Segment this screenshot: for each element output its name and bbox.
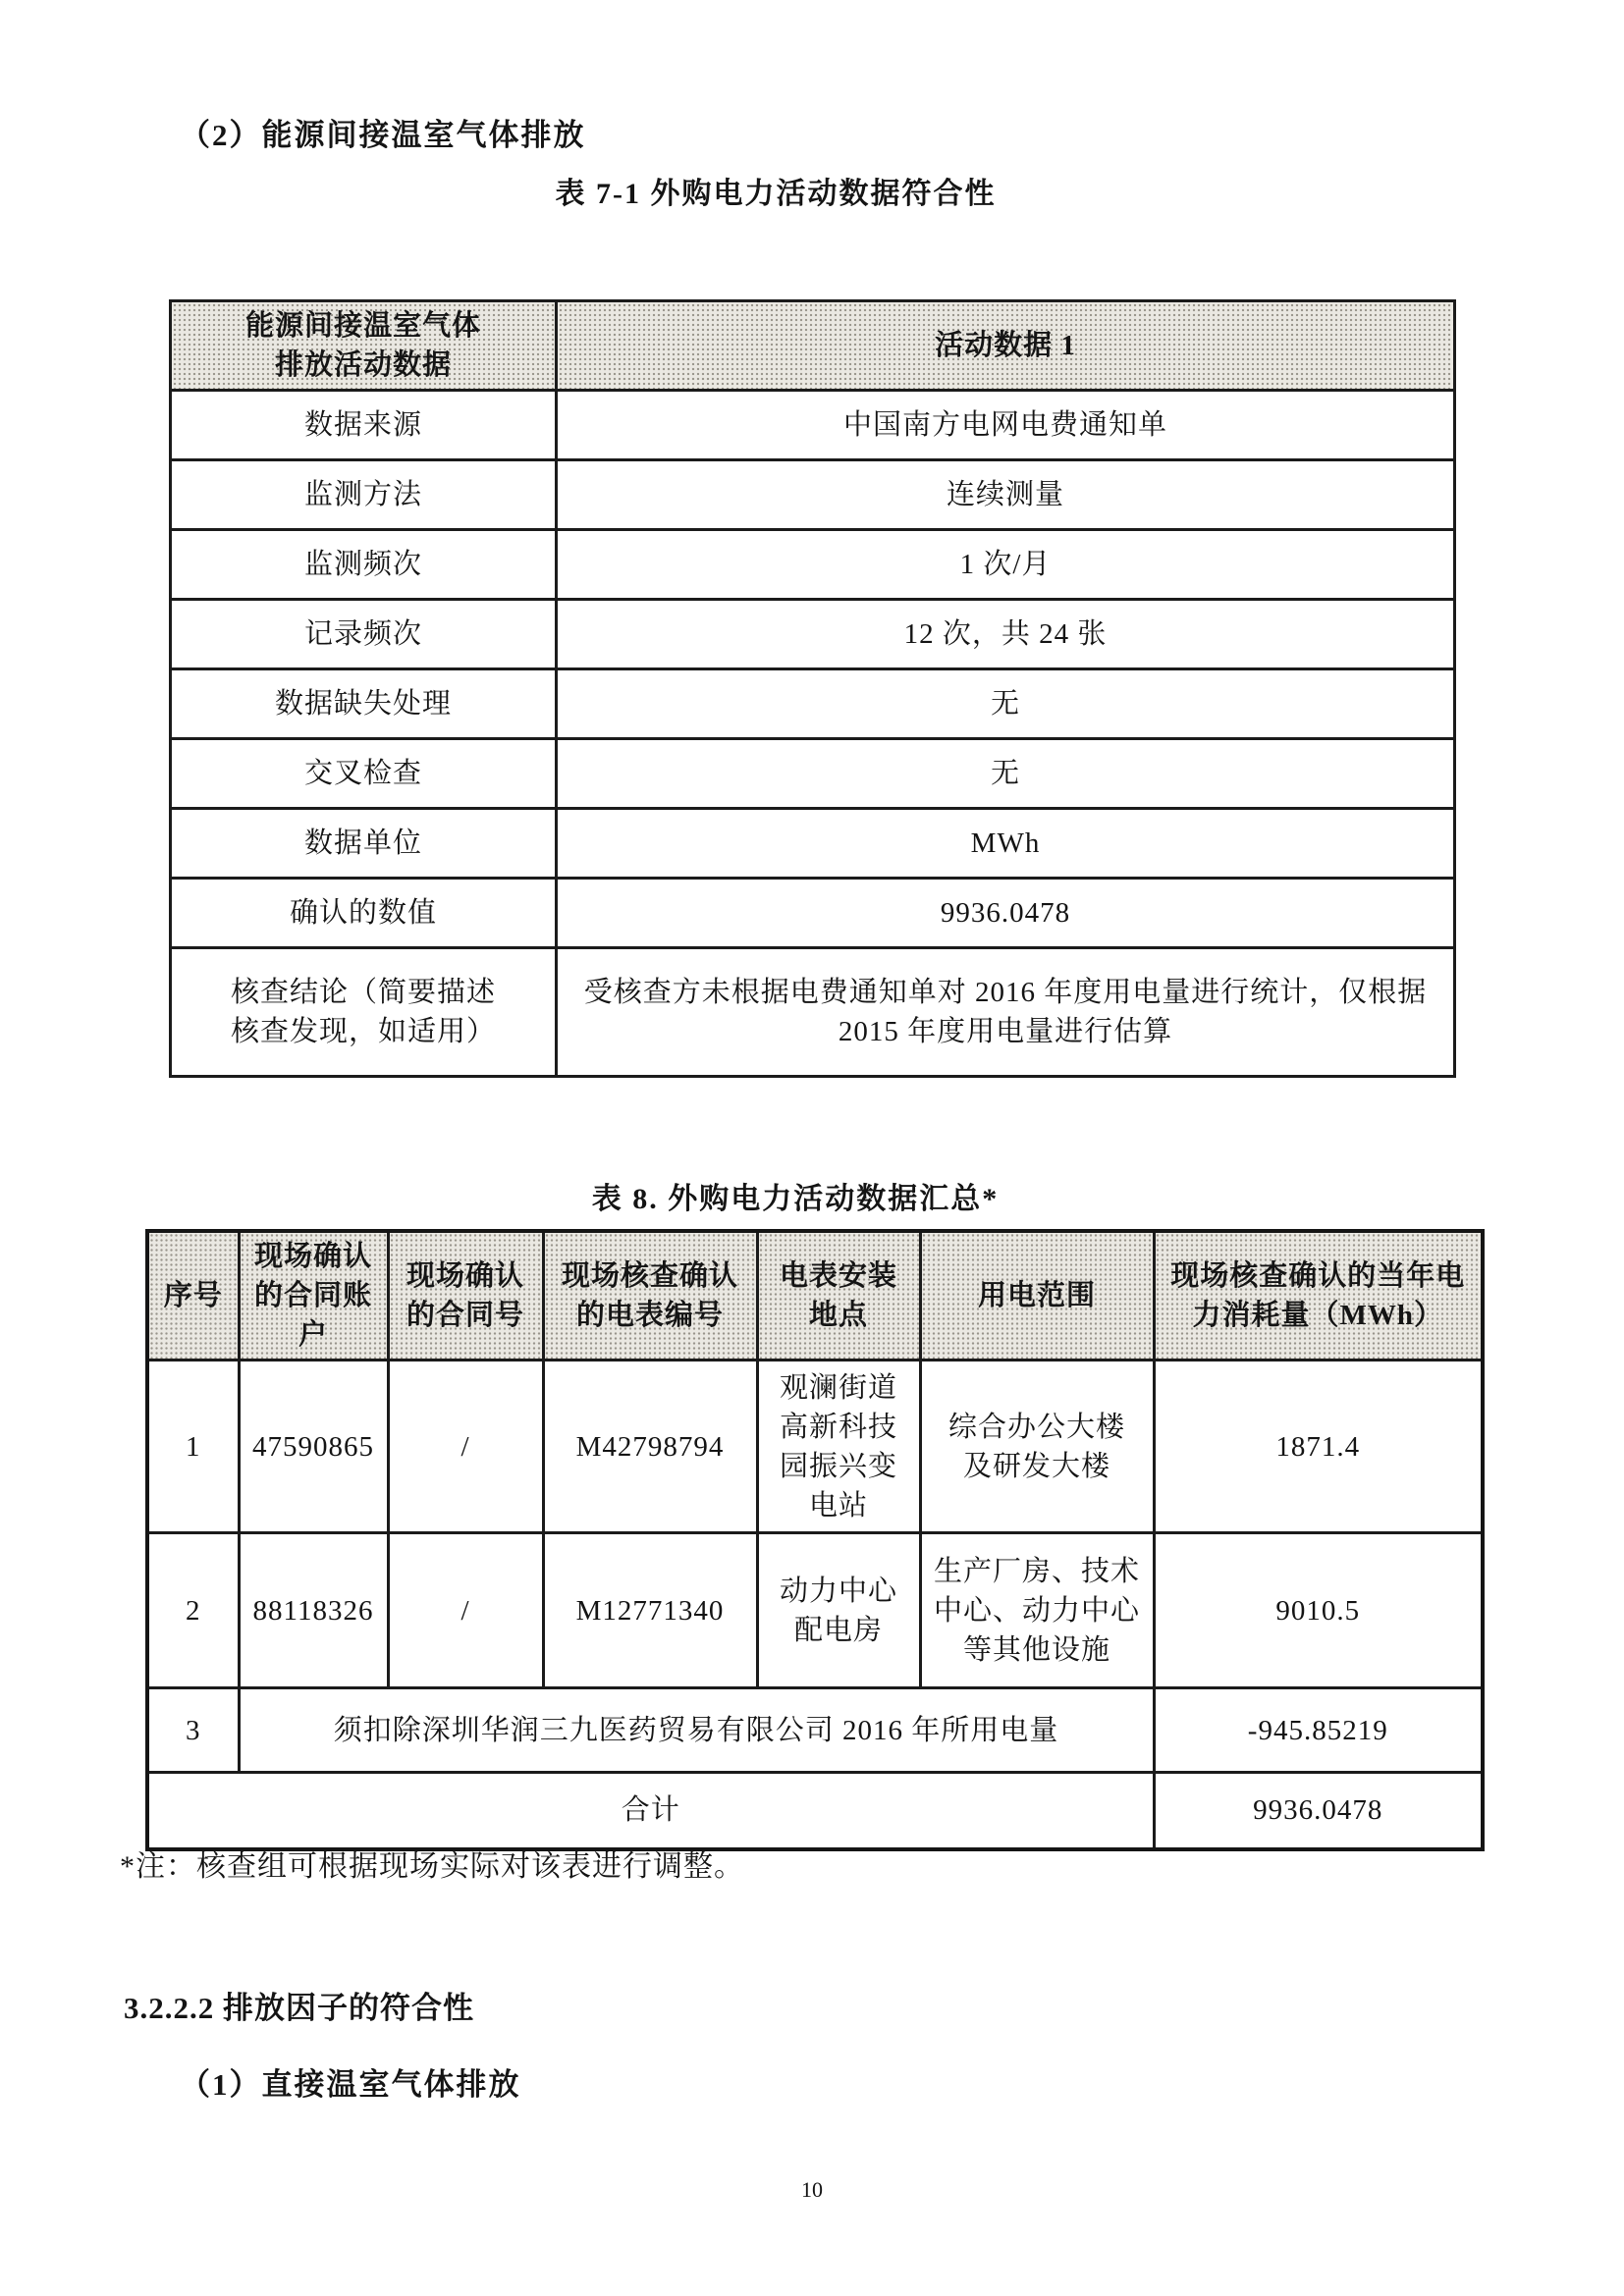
table7-row-monitoring-method: 监测方法 连续测量: [171, 460, 1455, 530]
table8-header-account: 现场确认的合同账户: [239, 1231, 388, 1361]
row-label: 数据来源: [171, 391, 557, 460]
cell-contract: /: [388, 1361, 543, 1533]
cell-location: 动力中心配电房: [757, 1533, 920, 1688]
conclusion-value: 受核查方未根据电费通知单对 2016 年度用电量进行统计，仅根据 2015 年度…: [557, 948, 1455, 1077]
row-value: MWh: [557, 809, 1455, 879]
table8-row-3: 3 须扣除深圳华润三九医药贸易有限公司 2016 年所用电量 -945.8521…: [147, 1688, 1483, 1773]
conclusion-label-line2: 核查发现，如适用）: [180, 1012, 547, 1051]
cell-seq: 1: [147, 1361, 239, 1533]
table8-header-mwh: 现场核查确认的当年电力消耗量（MWh）: [1154, 1231, 1483, 1361]
cell-mwh: -945.85219: [1154, 1688, 1483, 1773]
cell-location: 观澜街道高新科技园振兴变电站: [757, 1361, 920, 1533]
conclusion-value-line2: 2015 年度用电量进行估算: [566, 1012, 1445, 1051]
table7-row-cross-check: 交叉检查 无: [171, 739, 1455, 809]
cell-seq: 3: [147, 1688, 239, 1773]
table8-header-row: 序号 现场确认的合同账户 现场确认的合同号 现场核查确认的电表编号 电表安装地点…: [147, 1231, 1483, 1361]
cell-scope: 生产厂房、技术中心、动力中心等其他设施: [920, 1533, 1154, 1688]
conclusion-label: 核查结论（简要描述 核查发现，如适用）: [171, 948, 557, 1077]
section-3-2-2-2-heading: 3.2.2.2 排放因子的符合性: [124, 1983, 474, 2027]
table7-header-col1: 能源间接温室气体 排放活动数据: [171, 301, 557, 391]
total-value: 9936.0478: [1154, 1773, 1483, 1849]
table7-header-row: 能源间接温室气体 排放活动数据 活动数据 1: [171, 301, 1455, 391]
table7-header-col2: 活动数据 1: [557, 301, 1455, 391]
page-number: 10: [0, 2177, 1624, 2203]
row-value: 中国南方电网电费通知单: [557, 391, 1455, 460]
row-value: 连续测量: [557, 460, 1455, 530]
cell-meter: M42798794: [543, 1361, 757, 1533]
table7-row-confirmed-value: 确认的数值 9936.0478: [171, 879, 1455, 948]
cell-scope: 综合办公大楼及研发大楼: [920, 1361, 1154, 1533]
cell-mwh: 9010.5: [1154, 1533, 1483, 1688]
table7-row-data-source: 数据来源 中国南方电网电费通知单: [171, 391, 1455, 460]
cell-merged-deduction: 须扣除深圳华润三九医药贸易有限公司 2016 年所用电量: [239, 1688, 1154, 1773]
row-label: 交叉检查: [171, 739, 557, 809]
table8-row-1: 1 47590865 / M42798794 观澜街道高新科技园振兴变电站 综合…: [147, 1361, 1483, 1533]
table7-activity-data-compliance: 能源间接温室气体 排放活动数据 活动数据 1 数据来源 中国南方电网电费通知单 …: [169, 299, 1456, 1078]
row-value: 9936.0478: [557, 879, 1455, 948]
row-value: 无: [557, 739, 1455, 809]
table8-row-2: 2 88118326 / M12771340 动力中心配电房 生产厂房、技术中心…: [147, 1533, 1483, 1688]
table7-row-record-frequency: 记录频次 12 次，共 24 张: [171, 600, 1455, 669]
row-label: 确认的数值: [171, 879, 557, 948]
table7-row-monitoring-frequency: 监测频次 1 次/月: [171, 530, 1455, 600]
row-value: 1 次/月: [557, 530, 1455, 600]
row-value: 无: [557, 669, 1455, 739]
row-label: 数据单位: [171, 809, 557, 879]
cell-account: 88118326: [239, 1533, 388, 1688]
table8-footnote: *注：核查组可根据现场实际对该表进行调整。: [120, 1842, 744, 1885]
cell-location-text: 动力中心配电房: [774, 1572, 903, 1650]
row-label: 监测频次: [171, 530, 557, 600]
table8-header-contract: 现场确认的合同号: [388, 1231, 543, 1361]
table7-header-col1-line1: 能源间接温室气体: [180, 306, 547, 346]
cell-scope-text: 综合办公大楼及研发大楼: [944, 1408, 1130, 1486]
conclusion-label-line1: 核查结论（简要描述: [180, 973, 547, 1012]
table7-title: 表 7-1 外购电力活动数据符合性: [128, 169, 1424, 212]
table8-header-seq: 序号: [147, 1231, 239, 1361]
section-2-heading: （2）能源间接温室气体排放: [180, 110, 586, 154]
scanned-document-page: （2）能源间接温室气体排放 表 7-1 外购电力活动数据符合性 能源间接温室气体…: [0, 0, 1624, 2296]
subsection-1-heading: （1）直接温室气体排放: [180, 2059, 521, 2104]
cell-account: 47590865: [239, 1361, 388, 1533]
cell-location-text: 观澜街道高新科技园振兴变电站: [774, 1368, 903, 1525]
table8-header-location: 电表安装地点: [757, 1231, 920, 1361]
table8-purchased-electricity-summary: 序号 现场确认的合同账户 现场确认的合同号 现场核查确认的电表编号 电表安装地点…: [145, 1229, 1485, 1851]
row-value: 12 次，共 24 张: [557, 600, 1455, 669]
table8-total-row: 合计 9936.0478: [147, 1773, 1483, 1849]
table8-header-meter: 现场核查确认的电表编号: [543, 1231, 757, 1361]
table7-header-col1-line2: 排放活动数据: [180, 346, 547, 385]
row-label: 监测方法: [171, 460, 557, 530]
cell-seq: 2: [147, 1533, 239, 1688]
row-label: 记录频次: [171, 600, 557, 669]
cell-meter: M12771340: [543, 1533, 757, 1688]
cell-mwh: 1871.4: [1154, 1361, 1483, 1533]
cell-contract: /: [388, 1533, 543, 1688]
table8-title: 表 8. 外购电力活动数据汇总*: [128, 1174, 1463, 1217]
table7-row-data-unit: 数据单位 MWh: [171, 809, 1455, 879]
total-label: 合计: [147, 1773, 1154, 1849]
table8-header-scope: 用电范围: [920, 1231, 1154, 1361]
table7-row-conclusion: 核查结论（简要描述 核查发现，如适用） 受核查方未根据电费通知单对 2016 年…: [171, 948, 1455, 1077]
conclusion-value-line1: 受核查方未根据电费通知单对 2016 年度用电量进行统计，仅根据: [566, 973, 1445, 1012]
table7-row-missing-data: 数据缺失处理 无: [171, 669, 1455, 739]
row-label: 数据缺失处理: [171, 669, 557, 739]
